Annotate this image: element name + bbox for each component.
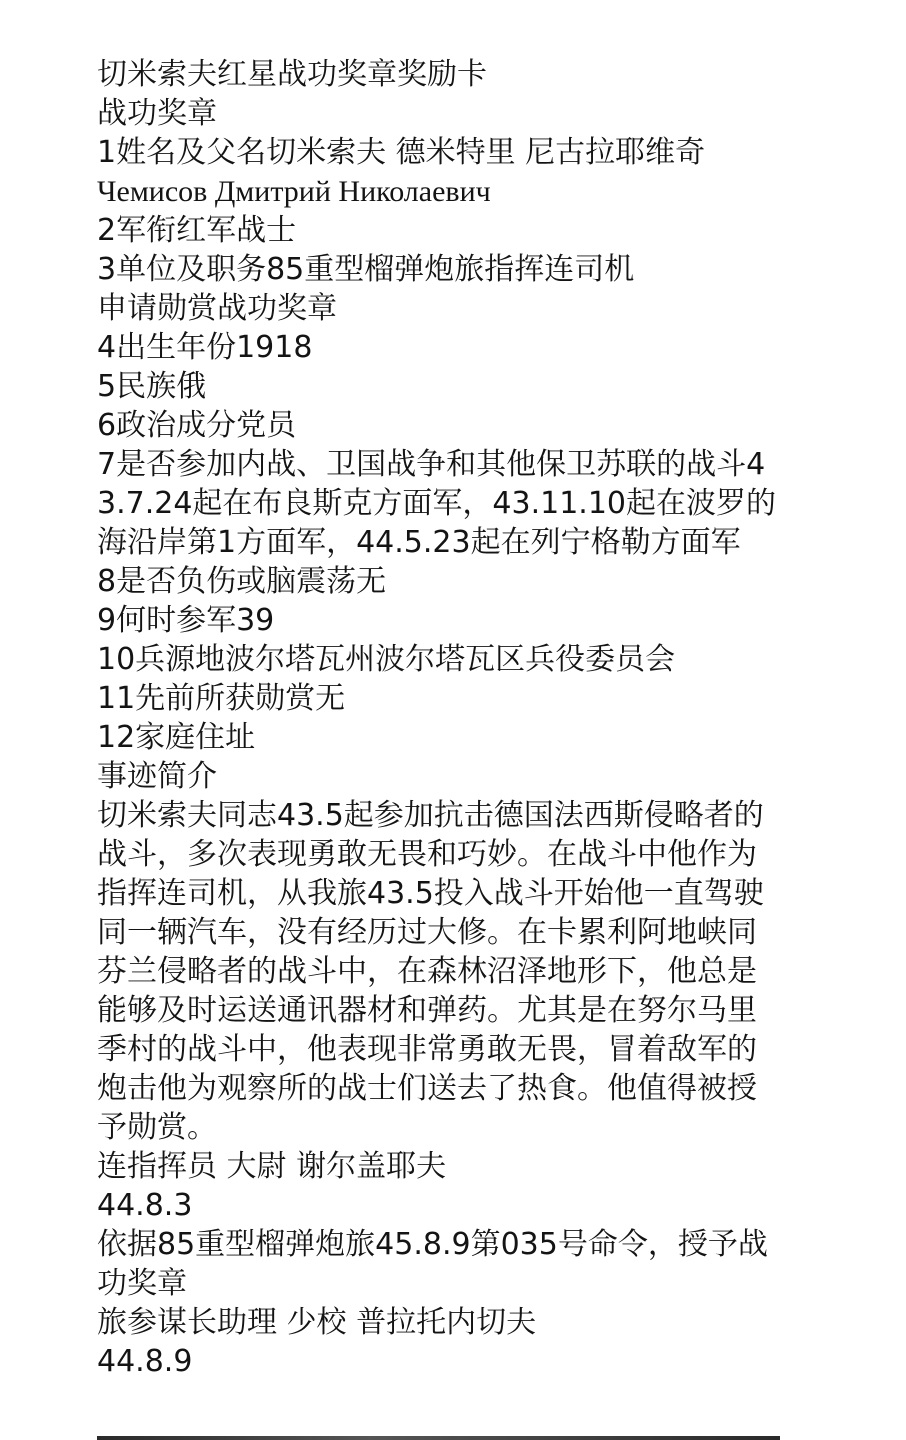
field-previous-awards: 11先前所获勋赏无 [97,679,787,718]
award-name: 战功奖章 [97,94,787,133]
field-name-cn: 1姓名及父名切米索夫 德米特里 尼古拉耶维奇 [97,133,787,172]
field-party: 6政治成分党员 [97,406,787,445]
signer-company-commander: 连指挥员 大尉 谢尔盖耶夫 [97,1147,787,1186]
field-nominated-for: 申请勋赏战功奖章 [97,289,787,328]
field-enlisted: 9何时参军39 [97,601,787,640]
award-card-document: 切米索夫红星战功奖章奖励卡 战功奖章 1姓名及父名切米索夫 德米特里 尼古拉耶维… [97,55,787,1381]
field-name-ru: Чемисов Дмитрий Николаевич [97,172,787,211]
signer-staff-assistant: 旅参谋长助理 少校 普拉托内切夫 [97,1303,787,1342]
field-home-address: 12家庭住址 [97,718,787,757]
field-draft-office: 10兵源地波尔塔瓦州波尔塔瓦区兵役委员会 [97,640,787,679]
award-order-text: 依据85重型榴弹炮旅45.8.9第035号命令，授予战功奖章 [97,1225,781,1303]
document-title: 切米索夫红星战功奖章奖励卡 [97,55,787,94]
field-participation: 7是否参加内战、卫国战争和其他保卫苏联的战斗43.7.24起在布良斯克方面军，4… [97,445,781,562]
field-nationality: 5民族俄 [97,367,787,406]
field-birth-year: 4出生年份1918 [97,328,787,367]
summary-text: 切米索夫同志43.5起参加抗击德国法西斯侵略者的战斗，多次表现勇敢无畏和巧妙。在… [97,796,781,1147]
field-unit-position: 3单位及职务85重型榴弹炮旅指挥连司机 [97,250,787,289]
summary-heading: 事迹简介 [97,757,787,796]
date-signature-1: 44.8.3 [97,1186,787,1225]
field-rank: 2军衔红军战士 [97,211,787,250]
bottom-divider [97,1436,780,1440]
field-wounds: 8是否负伤或脑震荡无 [97,562,787,601]
date-signature-2: 44.8.9 [97,1342,787,1381]
